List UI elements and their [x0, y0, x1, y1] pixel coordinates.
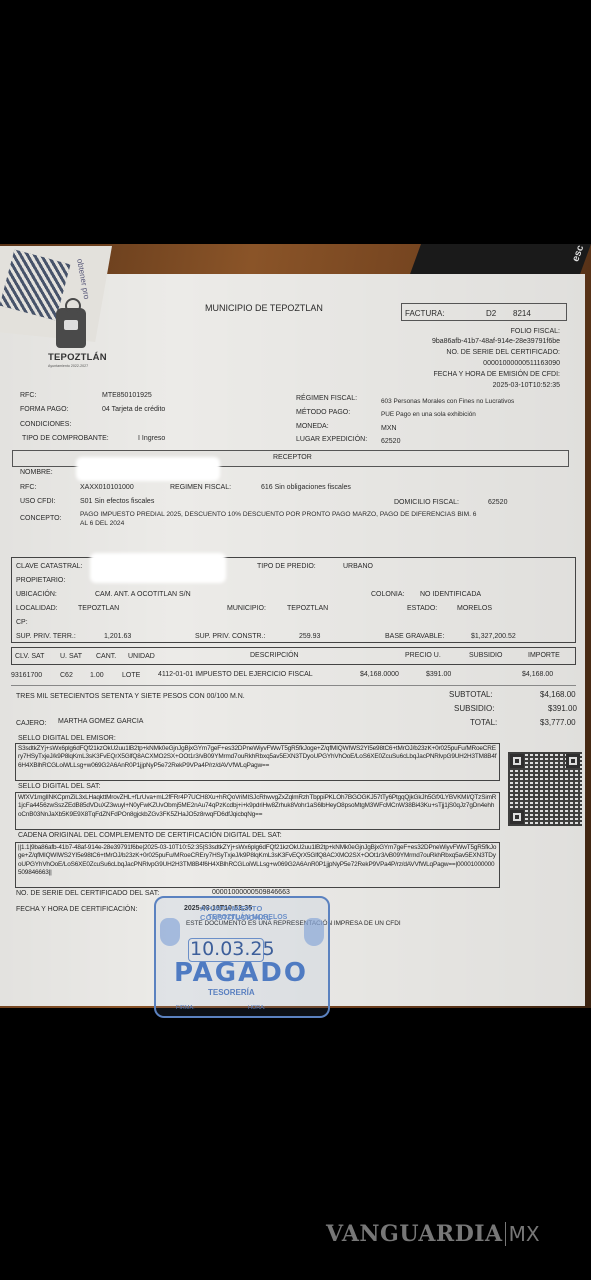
- col-subsidio: SUBSIDIO: [469, 652, 502, 659]
- municipio-title: MUNICIPIO DE TEPOZTLAN: [205, 303, 323, 313]
- lugar: 62520: [381, 438, 400, 445]
- subtotal: $4,168.00: [540, 690, 576, 699]
- sello-sat: WfXV1mglINKCpmZiL3xLHaqkttMrovZHL+fLrUva…: [15, 792, 500, 830]
- cajero: MARTHA GOMEZ GARCIA: [58, 718, 143, 725]
- qr-finder-icon: [510, 810, 524, 824]
- uso-cfdi: S01 Sin efectos fiscales: [80, 498, 154, 505]
- row-clv-sat: 93161700: [11, 672, 42, 679]
- row-precio: $4,168.0000: [360, 671, 399, 678]
- col-importe: IMPORTE: [528, 652, 560, 659]
- uso-cfdi-label: USO CFDI:: [20, 498, 55, 505]
- base-gravable: $1,327,200.52: [471, 633, 516, 640]
- col-precio: PRECIO U.: [405, 652, 441, 659]
- redacted-nombre: [76, 457, 220, 481]
- factura-folio: 8214: [513, 309, 531, 318]
- receptor-nombre-label: NOMBRE:: [20, 469, 53, 476]
- col-cant: CANT.: [96, 653, 116, 660]
- tipo-predio-label: TIPO DE PREDIO:: [257, 563, 316, 570]
- tipo-comprobante: I Ingreso: [138, 435, 165, 442]
- concepto-line2: AL 6 DEL 2024: [80, 520, 124, 527]
- concepto-line1: PAGO IMPUESTO PREDIAL 2025, DESCUENTO 10…: [80, 511, 476, 518]
- moneda-label: MONEDA:: [296, 423, 329, 430]
- serie-sat-label: NO. DE SERIE DEL CERTIFICADO DEL SAT:: [16, 890, 159, 897]
- municipio: TEPOZTLAN: [287, 605, 328, 612]
- row-importe: $4,168.00: [522, 671, 553, 678]
- col-unidad: UNIDAD: [128, 653, 155, 660]
- cadena-label: CADENA ORIGINAL DEL COMPLEMENTO DE CERTI…: [18, 832, 282, 839]
- subsidio-total: $391.00: [548, 704, 577, 713]
- row-subsidio: $391.00: [426, 671, 451, 678]
- ubicacion: CAM. ANT. A OCOTITLAN S/N: [95, 591, 191, 598]
- receptor-rfc: XAXX010101000: [80, 484, 134, 491]
- sup-constr-label: SUP. PRIV. CONSTR.:: [195, 633, 265, 640]
- localidad: TEPOZTLAN: [78, 605, 119, 612]
- stamp-line2: TEPOZTLÁN MORELOS: [208, 914, 287, 921]
- municipality-logo: TEPOZTLÁN Ayuntamiento 2022-2027: [40, 300, 100, 372]
- cp-label: CP:: [16, 619, 28, 626]
- vanguardia-watermark: VANGUARDIAMX: [326, 1221, 540, 1247]
- localidad-label: LOCALIDAD:: [16, 605, 58, 612]
- fecha-emision: 2025-03-10T10:52:35: [493, 382, 560, 389]
- stamp-hora-label: HORA:: [248, 1005, 265, 1011]
- municipio-label: MUNICIPIO:: [227, 605, 266, 612]
- cajero-label: CAJERO:: [16, 720, 46, 727]
- subsidio-label: SUBSIDIO:: [454, 704, 494, 713]
- forma-pago: 04 Tarjeta de crédito: [102, 406, 165, 413]
- stamp-status: PAGADO: [174, 958, 308, 988]
- receipt-flap-text: obtener pro: [75, 258, 91, 300]
- domicilio: 62520: [488, 499, 507, 506]
- row-descripcion: 4112-01-01 IMPUESTO DEL EJERCICIO FISCAL: [158, 671, 313, 678]
- tipo-predio: URBANO: [343, 563, 373, 570]
- row-divider: [11, 685, 576, 686]
- fecha-emision-label: FECHA Y HORA DE EMISIÓN DE CFDI:: [433, 371, 560, 378]
- emisor-rfc-label: RFC:: [20, 392, 36, 399]
- sello-sat-label: SELLO DIGITAL DEL SAT:: [18, 783, 100, 790]
- sello-emisor: S3sdtkZYj+sWx6plg6dFQf21kzOkU2uu1lB2tp+k…: [15, 743, 500, 781]
- factura-label: FACTURA:: [405, 309, 445, 318]
- folio-fiscal: 9ba86afb-41b7-48af-914e-28e39791f6be: [432, 338, 560, 345]
- stamp-dept: TESORERÍA: [208, 988, 255, 997]
- qr-finder-icon: [566, 754, 580, 768]
- receptor-regimen-label: REGIMEN FISCAL:: [170, 484, 231, 491]
- row-unidad: LOTE: [122, 672, 140, 679]
- cadena-original: ||1.1|9ba86afb-41b7-48af-914e-28e39791f6…: [15, 842, 500, 888]
- propietario-label: PROPIETARIO:: [16, 577, 65, 584]
- factura-serie: D2: [486, 309, 496, 318]
- colonia: NO IDENTIFICADA: [420, 591, 481, 598]
- receptor-title: RECEPTOR: [273, 454, 312, 461]
- folio-fiscal-label: FOLIO FISCAL:: [511, 328, 560, 335]
- col-u-sat: U. SAT: [60, 653, 82, 660]
- concepto-label: CONCEPTO:: [20, 515, 62, 522]
- sello-emisor-label: SELLO DIGITAL DEL EMISOR:: [18, 735, 116, 742]
- clave-label: CLAVE CATASTRAL:: [16, 563, 83, 570]
- sup-terr: 1,201.63: [104, 633, 131, 640]
- total: $3,777.00: [540, 718, 576, 727]
- subtotal-label: SUBTOTAL:: [449, 690, 493, 699]
- lugar-label: LUGAR EXPEDICIÓN:: [296, 436, 367, 443]
- serie-cert: 00001000000511163090: [483, 360, 560, 367]
- estado-label: ESTADO:: [407, 605, 437, 612]
- metodo-pago: PUE Pago en una sola exhibición: [381, 411, 476, 418]
- moneda: MXN: [381, 425, 397, 432]
- serie-cert-label: NO. DE SERIE DEL CERTIFICADO:: [446, 349, 560, 356]
- stamp-date: 10.03.25: [190, 938, 275, 960]
- regimen: 603 Personas Morales con Fines no Lucrat…: [381, 398, 514, 405]
- watermark-suffix: MX: [505, 1222, 540, 1246]
- domicilio-label: DOMICILIO FISCAL:: [394, 499, 459, 506]
- regimen-label: RÉGIMEN FISCAL:: [296, 395, 357, 402]
- fecha-cert-label: FECHA Y HORA DE CERTIFICACIÓN:: [16, 906, 137, 913]
- watermark-brand: VANGUARDIA: [326, 1221, 503, 1247]
- pagado-stamp: AYUNTAMIENTO CONSTITUCIONAL TEPOZTLÁN MO…: [154, 896, 330, 1018]
- ubicacion-label: UBICACIÓN:: [16, 591, 57, 598]
- base-label: BASE GRAVABLE:: [385, 633, 444, 640]
- sup-constr: 259.93: [299, 633, 320, 640]
- qr-finder-icon: [510, 754, 524, 768]
- redacted-clave-propietario: [90, 553, 226, 583]
- forma-pago-label: FORMA PAGO:: [20, 406, 69, 413]
- col-descripcion: DESCRIPCIÓN: [250, 652, 299, 659]
- row-cant: 1.00: [90, 672, 104, 679]
- estado: MORELOS: [457, 605, 492, 612]
- tipo-comprobante-label: TIPO DE COMPROBANTE:: [22, 435, 109, 442]
- coat-of-arms-icon: [160, 918, 180, 946]
- colonia-label: COLONIA:: [371, 591, 404, 598]
- receptor-rfc-label: RFC:: [20, 484, 36, 491]
- condiciones-label: CONDICIONES:: [20, 421, 71, 428]
- metodo-pago-label: MÉTODO PAGO:: [296, 409, 350, 416]
- receptor-regimen: 616 Sin obligaciones fiscales: [261, 484, 351, 491]
- col-clv-sat: CLV. SAT: [15, 653, 44, 660]
- tepoztlan-emblem-icon: [56, 308, 86, 348]
- row-u-sat: C62: [60, 672, 73, 679]
- stamp-firma-label: FIRMA:: [176, 1005, 195, 1011]
- total-letra: TRES MIL SETECIENTOS SETENTA Y SIETE PES…: [16, 693, 245, 700]
- logo-name: TEPOZTLÁN: [48, 352, 107, 363]
- sup-terr-label: SUP. PRIV. TERR.:: [16, 633, 76, 640]
- emisor-rfc: MTE850101925: [102, 392, 152, 399]
- serie-sat: 00001000000509846663: [212, 889, 290, 896]
- coat-of-arms-icon: [304, 918, 324, 946]
- total-label: TOTAL:: [470, 718, 497, 727]
- sat-qr-code-icon: [508, 752, 582, 826]
- logo-subtitle: Ayuntamiento 2022-2027: [48, 364, 88, 368]
